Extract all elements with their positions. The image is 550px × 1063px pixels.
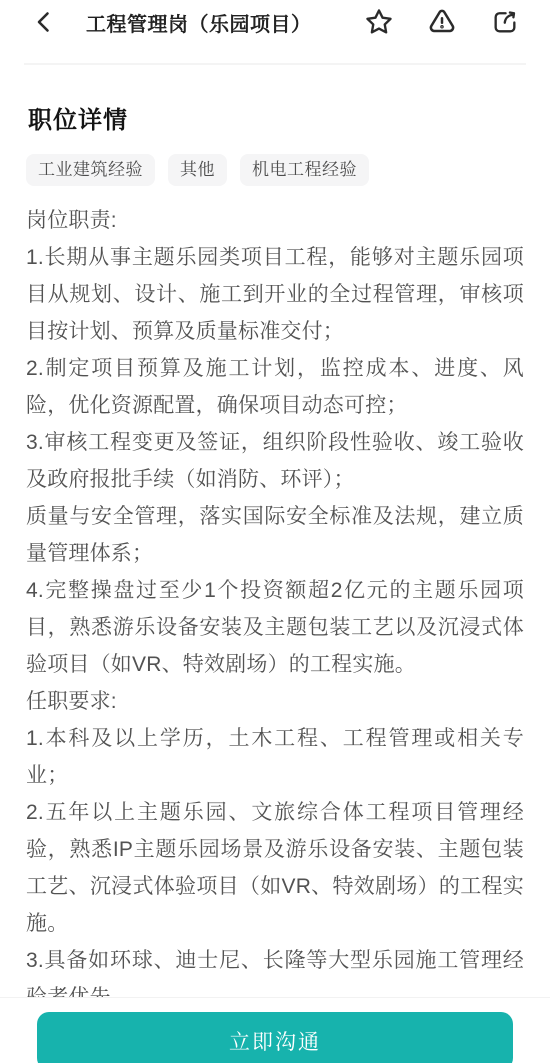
desc-responsibility-quality: 质量与安全管理，落实国际安全标准及法规，建立质量管理体系； xyxy=(26,498,524,572)
header-divider xyxy=(24,63,526,65)
report-button[interactable] xyxy=(427,7,457,37)
desc-responsibility-4: 4.完整操盘过至少1个投资额超2亿元的主题乐园项目，熟悉游乐设备安装及主题包装工… xyxy=(26,572,524,683)
desc-requirement-2: 2.五年以上主题乐园、文旅综合体工程项目管理经验，熟悉IP主题乐园场景及游乐设备… xyxy=(26,794,524,942)
share-button[interactable] xyxy=(490,7,520,37)
job-detail-content: 职位详情 工业建筑经验 其他 机电工程经验 岗位职责: 1.长期从事主题乐园类项… xyxy=(0,100,550,1016)
star-icon xyxy=(364,7,394,37)
back-button[interactable] xyxy=(32,7,58,37)
share-icon xyxy=(491,8,519,36)
tag-industrial-construction[interactable]: 工业建筑经验 xyxy=(26,154,155,186)
desc-responsibility-3: 3.审核工程变更及签证，组织阶段性验收、竣工验收及政府报批手续（如消防、环评）； xyxy=(26,424,524,498)
header-actions xyxy=(364,7,520,37)
page-title: 工程管理岗（乐园项目） xyxy=(86,8,312,37)
chevron-left-icon xyxy=(32,9,56,35)
section-title: 职位详情 xyxy=(28,100,522,135)
desc-responsibility-1: 1.长期从事主题乐园类项目工程，能够对主题乐园项目从规划、设计、施工到开业的全过… xyxy=(26,239,524,350)
desc-requirement-1: 1.本科及以上学历，土木工程、工程管理或相关专业； xyxy=(26,720,524,794)
desc-heading-responsibilities: 岗位职责: xyxy=(26,202,524,239)
job-description: 岗位职责: 1.长期从事主题乐园类项目工程，能够对主题乐园项目从规划、设计、施工… xyxy=(26,202,524,1016)
contact-now-button[interactable]: 立即沟通 xyxy=(37,1012,513,1063)
warning-triangle-icon xyxy=(427,7,457,37)
bottom-action-bar: 立即沟通 xyxy=(0,997,550,1063)
header-bar: 工程管理岗（乐园项目） xyxy=(0,0,550,44)
job-detail-page: 工程管理岗（乐园项目） xyxy=(0,0,550,1063)
tag-mep-engineering[interactable]: 机电工程经验 xyxy=(240,154,369,186)
tag-other[interactable]: 其他 xyxy=(168,154,227,186)
job-tags: 工业建筑经验 其他 机电工程经验 xyxy=(26,154,524,186)
desc-heading-requirements: 任职要求: xyxy=(26,683,524,720)
desc-responsibility-2: 2.制定项目预算及施工计划，监控成本、进度、风险，优化资源配置，确保项目动态可控… xyxy=(26,350,524,424)
favorite-button[interactable] xyxy=(364,7,394,37)
